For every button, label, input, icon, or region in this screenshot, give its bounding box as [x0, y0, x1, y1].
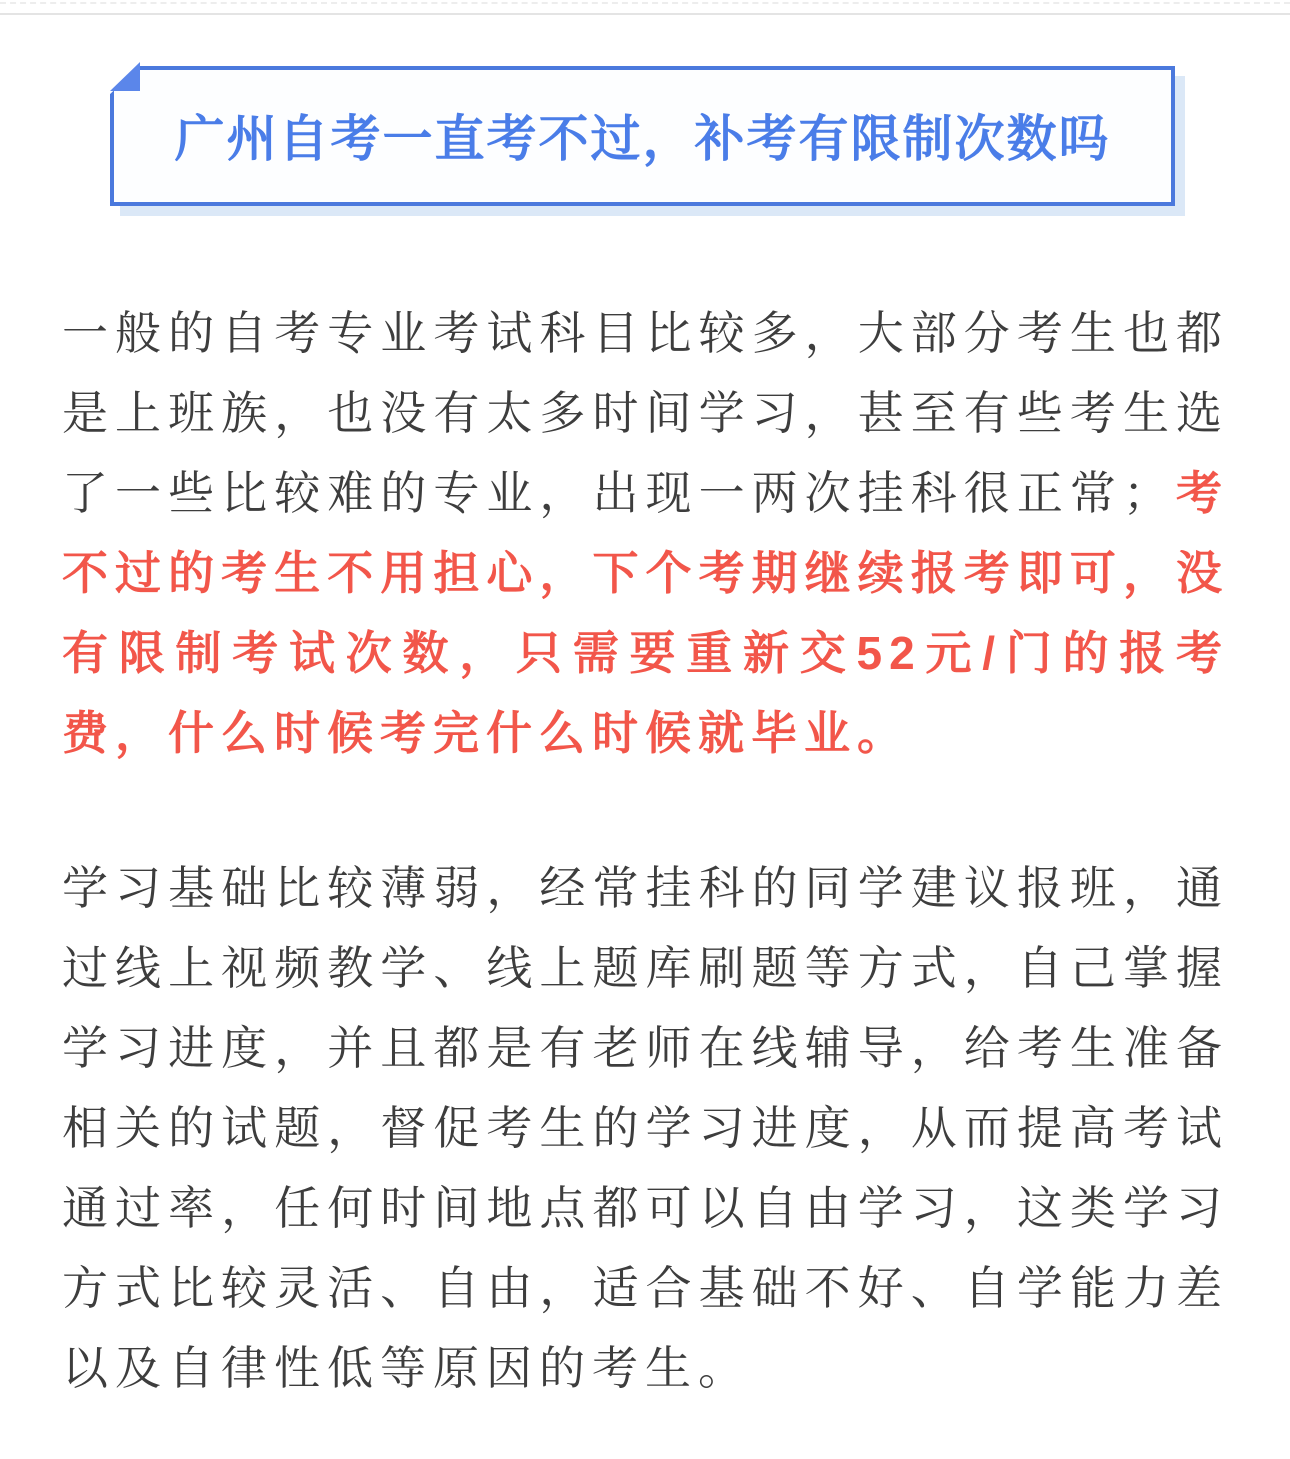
page-title: 广州自考一直考不过，补考有限制次数吗	[175, 99, 1111, 173]
paragraph-1: 一般的自考专业考试科目比较多，大部分考生也都是上班族，也没有太多时间学习，甚至有…	[62, 293, 1229, 773]
paragraph-1-normal-text: 一般的自考专业考试科目比较多，大部分考生也都是上班族，也没有太多时间学习，甚至有…	[62, 307, 1229, 519]
paragraph-2-text: 学习基础比较薄弱，经常挂科的同学建议报班，通过线上视频教学、线上题库刷题等方式，…	[62, 862, 1229, 1394]
top-solid-divider	[0, 13, 1290, 15]
title-card: 广州自考一直考不过，补考有限制次数吗	[110, 66, 1175, 206]
paragraph-2: 学习基础比较薄弱，经常挂科的同学建议报班，通过线上视频教学、线上题库刷题等方式，…	[62, 848, 1229, 1408]
top-dashed-divider	[0, 2, 1290, 4]
title-card-wrapper: 广州自考一直考不过，补考有限制次数吗	[110, 62, 1190, 222]
